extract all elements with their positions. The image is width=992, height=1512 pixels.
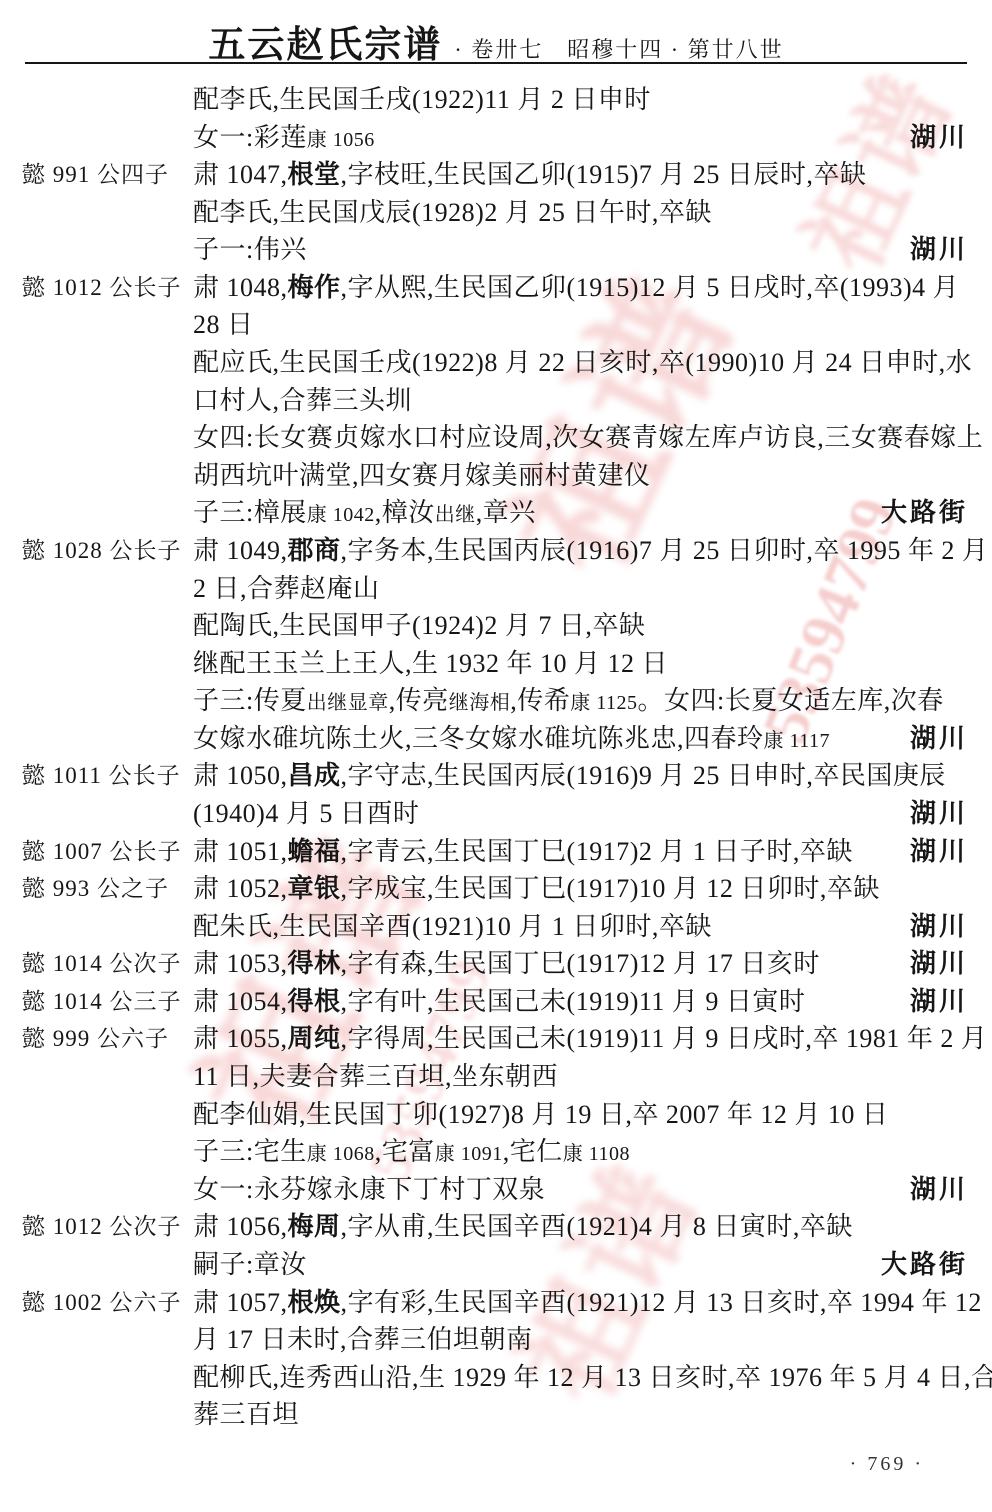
page-number: · 769 · <box>850 1453 924 1476</box>
entry-text: 继配王玉兰上王人,生 1932 年 10 月 12 日 <box>193 645 668 683</box>
genealogy-line: 2 日,合葬赵庵山 <box>0 570 992 608</box>
generation-label: 懿 1028 公长子 <box>22 532 182 570</box>
genealogy-line: 11 日,夫妻合葬三百坦,坐东朝西 <box>0 1058 992 1096</box>
entry-text: 子三:传夏出继显章,传亮继海相,传希康 1125。女四:长夏女适左库,次春 <box>193 682 944 723</box>
genealogy-line: 配李氏,生民国戊辰(1928)2 月 25 日午时,卒缺 <box>0 194 992 232</box>
generation-label: 懿 1012 公长子 <box>22 269 182 307</box>
genealogy-line: 口村人,合葬三头圳 <box>0 382 992 420</box>
entry-text: 女一:彩莲康 1056 <box>193 119 375 160</box>
genealogy-line: 配李氏,生民国壬戌(1922)11 月 2 日申时 <box>0 81 992 119</box>
genealogy-line: 子三:樟展康 1042,樟汝出继,章兴大路街 <box>0 494 992 532</box>
genealogy-line: 配李仙娟,生民国丁卯(1927)8 月 19 日,卒 2007 年 12 月 1… <box>0 1096 992 1134</box>
entry-text: 女一:永芬嫁永康下丁村丁双泉 <box>193 1171 545 1209</box>
genealogy-line: 懿 1002 公六子肃 1057,根焕,字有彩,生民国辛酉(1921)12 月 … <box>0 1284 992 1322</box>
entry-text: 子三:宅生康 1068,宅富康 1091,宅仁康 1108 <box>193 1133 630 1174</box>
genealogy-line: 女四:长女赛贞嫁水口村应设周,次女赛青嫁左库卢访良,三女赛春嫁上 <box>0 419 992 457</box>
genealogy-rows: 配李氏,生民国壬戌(1922)11 月 2 日申时女一:彩莲康 1056湖川懿 … <box>0 81 992 1434</box>
entry-text: 子一:伟兴 <box>193 231 307 269</box>
genealogy-line: 女一:永芬嫁永康下丁村丁双泉湖川 <box>0 1171 992 1209</box>
genealogy-line: 懿 1014 公次子肃 1053,得林,字有森,生民国丁巳(1917)12 月 … <box>0 945 992 983</box>
generation-label: 懿 1011 公长子 <box>22 757 181 795</box>
place-label: 湖川 <box>910 119 968 157</box>
entry-text: 配李仙娟,生民国丁卯(1927)8 月 19 日,卒 2007 年 12 月 1… <box>193 1096 888 1134</box>
genealogy-page: 祖谱祖谱53594799祖谱53594799祖谱 五云赵氏宗谱 · 卷卅七 昭穆… <box>0 0 992 1512</box>
place-label: 湖川 <box>910 795 968 833</box>
entry-text: 配李氏,生民国壬戌(1922)11 月 2 日申时 <box>193 81 651 119</box>
entry-text: 2 日,合葬赵庵山 <box>193 570 380 608</box>
entry-text: 配朱氏,生民国辛酉(1921)10 月 1 日卯时,卒缺 <box>193 908 712 946</box>
genealogy-line: 28 日 <box>0 306 992 344</box>
genealogy-line: 配应氏,生民国壬戌(1922)8 月 22 日亥时,卒(1990)10 月 24… <box>0 344 992 382</box>
genealogy-line: 懿 1007 公长子肃 1051,蟾福,字青云,生民国丁巳(1917)2 月 1… <box>0 833 992 871</box>
genealogy-line: 懿 1011 公长子肃 1050,昌成,字守志,生民国丙辰(1916)9 月 2… <box>0 757 992 795</box>
entry-text: 肃 1048,梅作,字从熙,生民国乙卯(1915)12 月 5 日戌时,卒(19… <box>193 269 959 307</box>
genealogy-line: (1940)4 月 5 日酉时湖川 <box>0 795 992 833</box>
place-label: 大路街 <box>881 494 968 532</box>
generation-label: 懿 991 公四子 <box>22 156 169 194</box>
entry-text: 肃 1056,梅周,字从甫,生民国辛酉(1921)4 月 8 日寅时,卒缺 <box>193 1208 853 1246</box>
genealogy-line: 胡西坑叶满堂,四女赛月嫁美丽村黄建仪 <box>0 457 992 495</box>
genealogy-line: 女一:彩莲康 1056湖川 <box>0 119 992 157</box>
place-label: 湖川 <box>910 833 968 871</box>
entry-text: 口村人,合葬三头圳 <box>193 382 412 420</box>
entry-text: 女嫁水碓坑陈土火,三冬女嫁水碓坑陈兆忠,四春玲康 1117 <box>193 720 830 761</box>
generation-label: 懿 1014 公三子 <box>22 983 182 1021</box>
entry-text: 配李氏,生民国戊辰(1928)2 月 25 日午时,卒缺 <box>193 194 712 232</box>
header-divider <box>25 62 967 64</box>
entry-text: 月 17 日未时,合葬三伯坦朝南 <box>193 1321 533 1359</box>
place-label: 湖川 <box>910 908 968 946</box>
entry-text: 肃 1053,得林,字有森,生民国丁巳(1917)12 月 17 日亥时 <box>193 945 820 983</box>
genealogy-line: 配柳氏,连秀西山沿,生 1929 年 12 月 13 日亥时,卒 1976 年 … <box>0 1359 992 1397</box>
page-header: 五云赵氏宗谱 · 卷卅七 昭穆十四 · 第廿八世 <box>0 14 992 68</box>
genealogy-line: 继配王玉兰上王人,生 1932 年 10 月 12 日 <box>0 645 992 683</box>
place-label: 大路街 <box>881 1246 968 1284</box>
entry-text: 胡西坑叶满堂,四女赛月嫁美丽村黄建仪 <box>193 457 651 495</box>
genealogy-line: 葬三百坦 <box>0 1396 992 1434</box>
genealogy-line: 子三:传夏出继显章,传亮继海相,传希康 1125。女四:长夏女适左库,次春 <box>0 682 992 720</box>
genealogy-line: 懿 993 公之子肃 1052,章银,字成宝,生民国丁巳(1917)10 月 1… <box>0 870 992 908</box>
entry-text: 肃 1054,得根,字有叶,生民国己未(1919)11 月 9 日寅时 <box>193 983 805 1021</box>
genealogy-line: 子一:伟兴湖川 <box>0 231 992 269</box>
entry-text: 肃 1055,周纯,字得周,生民国己未(1919)11 月 9 日戌时,卒 19… <box>193 1020 987 1058</box>
entry-text: 肃 1047,根堂,字枝旺,生民国乙卯(1915)7 月 25 日辰时,卒缺 <box>193 156 866 194</box>
generation-label: 懿 993 公之子 <box>22 870 169 908</box>
entry-text: 配柳氏,连秀西山沿,生 1929 年 12 月 13 日亥时,卒 1976 年 … <box>193 1359 992 1397</box>
entry-text: 肃 1050,昌成,字守志,生民国丙辰(1916)9 月 25 日申时,卒民国庚… <box>193 757 946 795</box>
genealogy-line: 懿 991 公四子肃 1047,根堂,字枝旺,生民国乙卯(1915)7 月 25… <box>0 156 992 194</box>
genealogy-line: 子三:宅生康 1068,宅富康 1091,宅仁康 1108 <box>0 1133 992 1171</box>
entry-text: (1940)4 月 5 日酉时 <box>193 795 419 833</box>
entry-text: 葬三百坦 <box>193 1396 299 1434</box>
page-subtitle: · 卷卅七 昭穆十四 · 第廿八世 <box>454 33 783 64</box>
genealogy-line: 配朱氏,生民国辛酉(1921)10 月 1 日卯时,卒缺湖川 <box>0 908 992 946</box>
entry-text: 配陶氏,生民国甲子(1924)2 月 7 日,卒缺 <box>193 607 645 645</box>
genealogy-line: 女嫁水碓坑陈土火,三冬女嫁水碓坑陈兆忠,四春玲康 1117湖川 <box>0 720 992 758</box>
genealogy-line: 懿 999 公六子肃 1055,周纯,字得周,生民国己未(1919)11 月 9… <box>0 1020 992 1058</box>
place-label: 湖川 <box>910 945 968 983</box>
entry-text: 子三:樟展康 1042,樟汝出继,章兴 <box>193 494 536 535</box>
entry-text: 嗣子:章汝 <box>193 1246 307 1284</box>
place-label: 湖川 <box>910 231 968 269</box>
genealogy-line: 懿 1028 公长子肃 1049,郡商,字务本,生民国丙辰(1916)7 月 2… <box>0 532 992 570</box>
generation-label: 懿 999 公六子 <box>22 1020 169 1058</box>
entry-text: 女四:长女赛贞嫁水口村应设周,次女赛青嫁左库卢访良,三女赛春嫁上 <box>193 419 983 457</box>
page-title: 五云赵氏宗谱 <box>208 14 442 68</box>
place-label: 湖川 <box>910 1171 968 1209</box>
generation-label: 懿 1002 公六子 <box>22 1284 182 1322</box>
place-label: 湖川 <box>910 720 968 758</box>
entry-text: 肃 1057,根焕,字有彩,生民国辛酉(1921)12 月 13 日亥时,卒 1… <box>193 1284 982 1322</box>
genealogy-line: 嗣子:章汝大路街 <box>0 1246 992 1284</box>
generation-label: 懿 1014 公次子 <box>22 945 182 983</box>
generation-label: 懿 1007 公长子 <box>22 833 182 871</box>
genealogy-line: 懿 1012 公次子肃 1056,梅周,字从甫,生民国辛酉(1921)4 月 8… <box>0 1208 992 1246</box>
genealogy-line: 配陶氏,生民国甲子(1924)2 月 7 日,卒缺 <box>0 607 992 645</box>
entry-text: 11 日,夫妻合葬三百坦,坐东朝西 <box>193 1058 558 1096</box>
entry-text: 28 日 <box>193 306 254 344</box>
entry-text: 肃 1049,郡商,字务本,生民国丙辰(1916)7 月 25 日卯时,卒 19… <box>193 532 988 570</box>
generation-label: 懿 1012 公次子 <box>22 1208 182 1246</box>
entry-text: 肃 1051,蟾福,字青云,生民国丁巳(1917)2 月 1 日子时,卒缺 <box>193 833 853 871</box>
genealogy-line: 懿 1012 公长子肃 1048,梅作,字从熙,生民国乙卯(1915)12 月 … <box>0 269 992 307</box>
genealogy-line: 懿 1014 公三子肃 1054,得根,字有叶,生民国己未(1919)11 月 … <box>0 983 992 1021</box>
entry-text: 肃 1052,章银,字成宝,生民国丁巳(1917)10 月 12 日卯时,卒缺 <box>193 870 880 908</box>
entry-text: 配应氏,生民国壬戌(1922)8 月 22 日亥时,卒(1990)10 月 24… <box>193 344 972 382</box>
genealogy-line: 月 17 日未时,合葬三伯坦朝南 <box>0 1321 992 1359</box>
place-label: 湖川 <box>910 983 968 1021</box>
